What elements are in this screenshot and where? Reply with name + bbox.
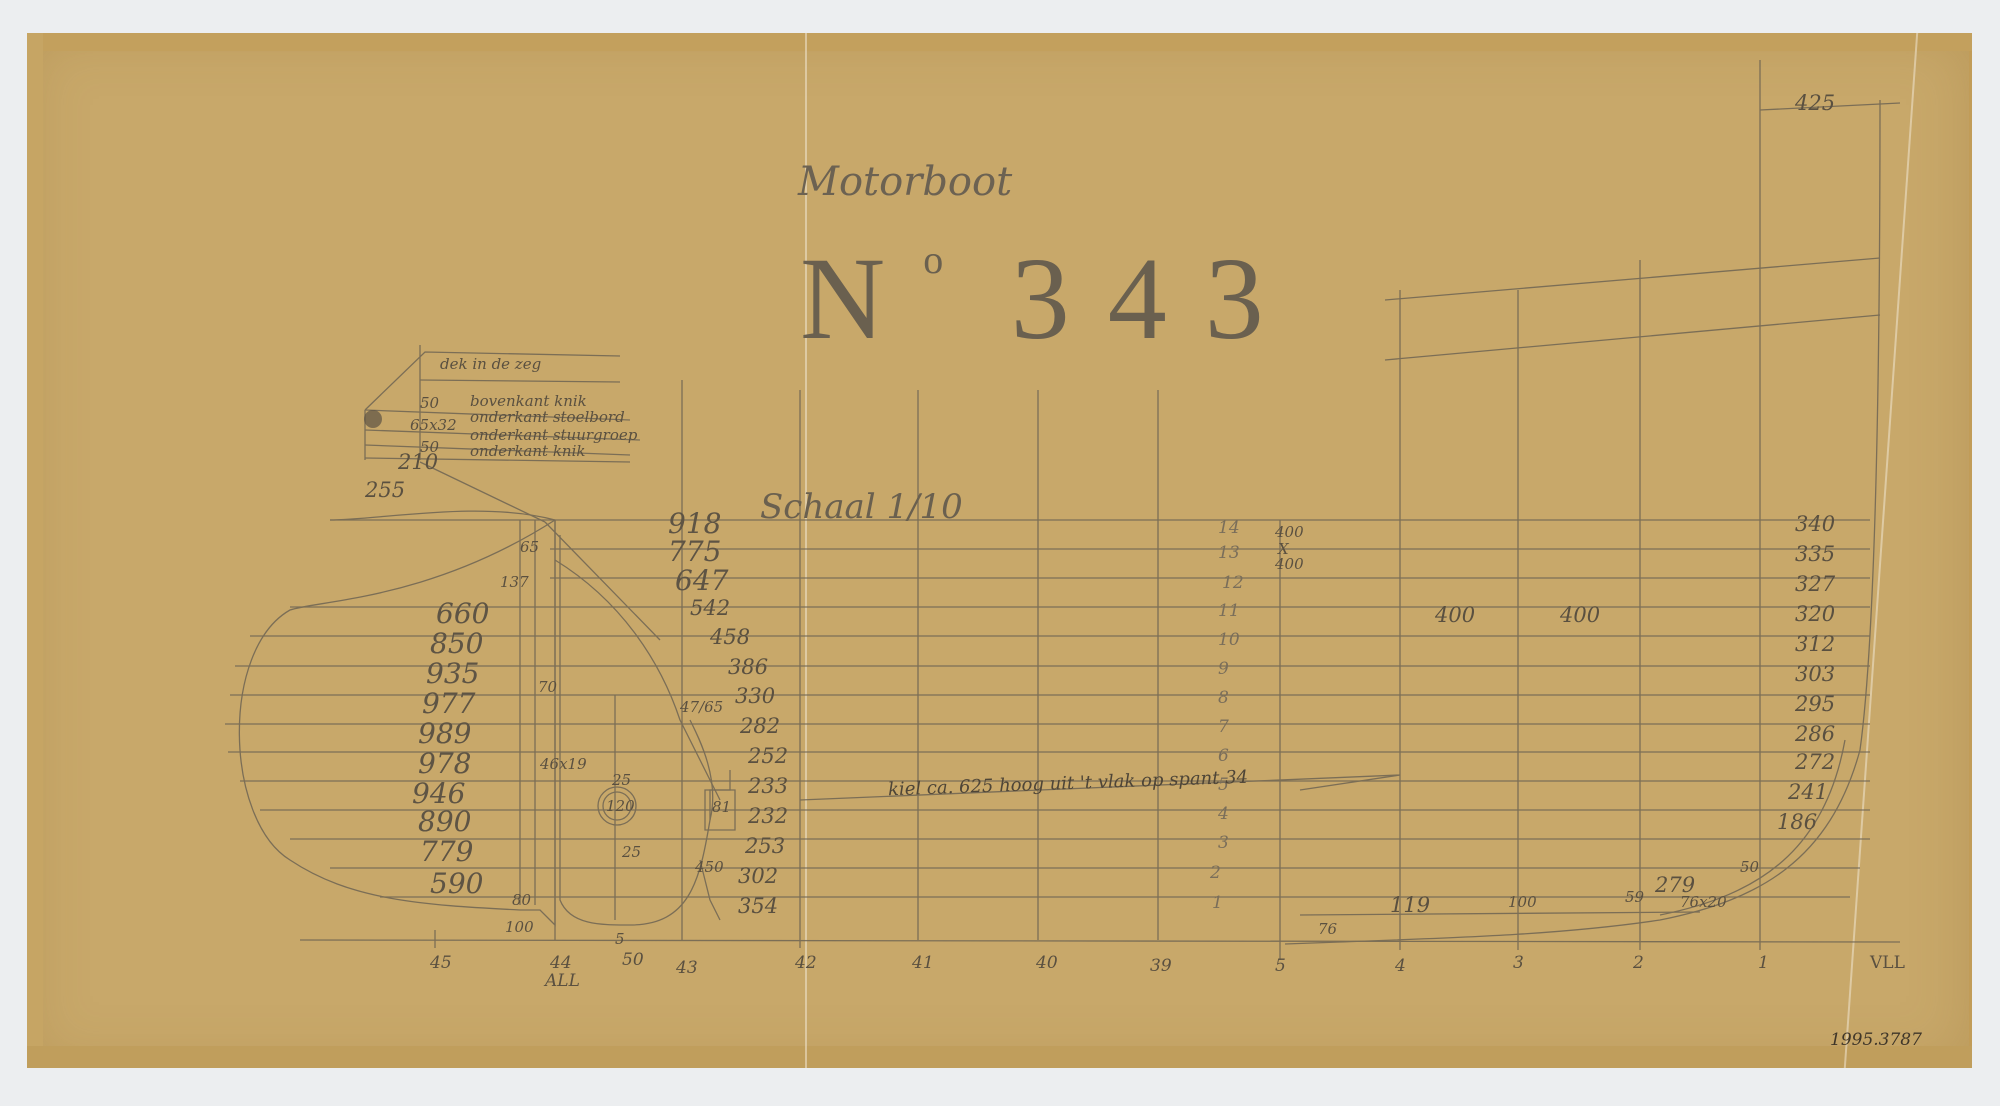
station-label: 45 bbox=[430, 955, 452, 972]
dim-label: 137 bbox=[500, 575, 529, 590]
stern-offset-right: 542 bbox=[690, 598, 730, 619]
bow-offset: 320 bbox=[1795, 604, 1835, 625]
dim-label: 450 bbox=[695, 860, 724, 875]
top-dim: 425 bbox=[1795, 93, 1835, 114]
station-label: 50 bbox=[622, 952, 644, 969]
dim-label: 65 bbox=[520, 540, 539, 555]
dim-label: 5 bbox=[615, 932, 625, 947]
bow-offset: 241 bbox=[1788, 782, 1828, 803]
legend-line-1: bovenkant knik bbox=[470, 394, 587, 409]
station-label: 2 bbox=[1633, 955, 1644, 972]
bow-offset: 186 bbox=[1777, 812, 1817, 833]
bow-offset: 335 bbox=[1795, 544, 1835, 565]
stern-offset-right: 253 bbox=[745, 836, 785, 857]
frame-dim: 400 bbox=[1275, 557, 1304, 572]
legend-dim-top: 50 bbox=[420, 396, 439, 411]
dim-label: 70 bbox=[538, 680, 557, 695]
waterline-label: 13 bbox=[1218, 545, 1240, 562]
stern-offset-left: 850 bbox=[430, 630, 483, 658]
keel-dim: 100 bbox=[1508, 895, 1537, 910]
waterline-label: 8 bbox=[1218, 690, 1229, 707]
stern-offset-left: 590 bbox=[430, 870, 483, 898]
keel-dim: 76x20 bbox=[1680, 895, 1727, 910]
station-label: 42 bbox=[795, 955, 817, 972]
stern-offset-right: 330 bbox=[735, 686, 775, 707]
number-digits: 343 bbox=[1011, 233, 1302, 364]
waterline-label: 1 bbox=[1212, 895, 1223, 912]
station-label: 41 bbox=[912, 955, 934, 972]
number-ordinal-o: o bbox=[923, 237, 943, 282]
stern-offset-left: 779 bbox=[420, 838, 473, 866]
keel-dim: 50 bbox=[1740, 860, 1759, 875]
waterline-label: 7 bbox=[1218, 719, 1229, 736]
stern-offset-right: 647 bbox=[675, 567, 728, 595]
stern-offset-right: 354 bbox=[738, 896, 778, 917]
stern-offset-right: 918 bbox=[668, 510, 721, 538]
stern-offset-right: 232 bbox=[748, 806, 788, 827]
spacing-dim: 400 bbox=[1435, 605, 1475, 626]
bow-offset: 312 bbox=[1795, 634, 1835, 655]
stern-offset-left: 935 bbox=[426, 660, 479, 688]
scale-label: Schaal 1/10 bbox=[760, 490, 963, 524]
station-label: 5 bbox=[1275, 958, 1286, 975]
spacing-dim: 400 bbox=[1560, 605, 1600, 626]
station-label: 4 bbox=[1395, 958, 1406, 975]
stern-offset-right: 302 bbox=[738, 866, 778, 887]
keel-dim: 59 bbox=[1625, 890, 1644, 905]
waterline-label: 2 bbox=[1210, 865, 1221, 882]
bow-offset: 327 bbox=[1795, 574, 1835, 595]
dim-label: 25 bbox=[612, 773, 631, 788]
stern-offset-right: 233 bbox=[748, 776, 788, 797]
catalog-number: 1995.3787 bbox=[1830, 1032, 1922, 1049]
bow-offset: 340 bbox=[1795, 514, 1835, 535]
bow-offset: 272 bbox=[1795, 752, 1835, 773]
waterline-label: 3 bbox=[1218, 835, 1229, 852]
stern-offset-right: 458 bbox=[710, 627, 750, 648]
waterline-label: 14 bbox=[1218, 520, 1240, 537]
number-prefix: N bbox=[800, 233, 923, 364]
waterline-label: 11 bbox=[1218, 603, 1240, 620]
station-sub-label: ALL bbox=[545, 973, 580, 990]
station-label: 40 bbox=[1036, 955, 1058, 972]
legend-line-4: onderkant knik bbox=[470, 444, 585, 459]
stern-offset-left: 946 bbox=[412, 780, 465, 808]
keel-dim: 76 bbox=[1318, 922, 1337, 937]
stern-offset-left: 660 bbox=[436, 600, 489, 628]
dim-label: 81 bbox=[712, 800, 731, 815]
stern-offset-left: 978 bbox=[418, 750, 471, 778]
station-label: 1 bbox=[1758, 955, 1769, 972]
stern-offset-left: 890 bbox=[418, 808, 471, 836]
waterline-label: 10 bbox=[1218, 632, 1240, 649]
legend-dim-height: 255 bbox=[365, 480, 405, 501]
stern-offset-right: 252 bbox=[748, 746, 788, 767]
waterline-label: 6 bbox=[1218, 748, 1229, 765]
baseline-label: VLL bbox=[1870, 955, 1905, 972]
dim-label: 46x19 bbox=[540, 757, 587, 772]
stern-offset-left: 977 bbox=[422, 690, 475, 718]
stern-offset-right: 386 bbox=[728, 657, 768, 678]
legend-dim-width: 210 bbox=[398, 452, 438, 473]
drawing-title: Motorboot bbox=[798, 162, 1012, 202]
drawing-number: No 343 bbox=[800, 240, 1302, 358]
dim-label: 80 bbox=[512, 893, 531, 908]
waterline-label: 9 bbox=[1218, 661, 1229, 678]
station-label: 39 bbox=[1150, 958, 1172, 975]
station-label: 43 bbox=[676, 960, 698, 977]
frame-dim: 400 bbox=[1275, 525, 1304, 540]
stern-offset-left: 989 bbox=[418, 720, 471, 748]
station-label: 44 bbox=[550, 955, 572, 972]
bow-offset: 303 bbox=[1795, 664, 1835, 685]
legend-line-2: onderkant stoelbord bbox=[470, 410, 625, 425]
dim-label: 100 bbox=[505, 920, 534, 935]
stern-offset-right: 282 bbox=[740, 716, 780, 737]
shaft-wall-bottom: 25 bbox=[622, 845, 641, 860]
legend-line-3: onderkant stuurgroep bbox=[470, 428, 637, 443]
bow-offset: 295 bbox=[1795, 694, 1835, 715]
stern-offset-right: 775 bbox=[668, 538, 721, 566]
waterline-label: 4 bbox=[1218, 806, 1229, 823]
legend-dim-section: 65x32 bbox=[410, 418, 457, 433]
dim-label: 47/65 bbox=[680, 700, 723, 715]
station-label: 3 bbox=[1513, 955, 1524, 972]
legend-header: dek in de zeg bbox=[440, 357, 541, 372]
bow-offset: 286 bbox=[1795, 724, 1835, 745]
shaft-diameter: 120 bbox=[606, 799, 635, 814]
waterline-label: 12 bbox=[1222, 575, 1244, 592]
keel-dim: 119 bbox=[1390, 895, 1430, 916]
